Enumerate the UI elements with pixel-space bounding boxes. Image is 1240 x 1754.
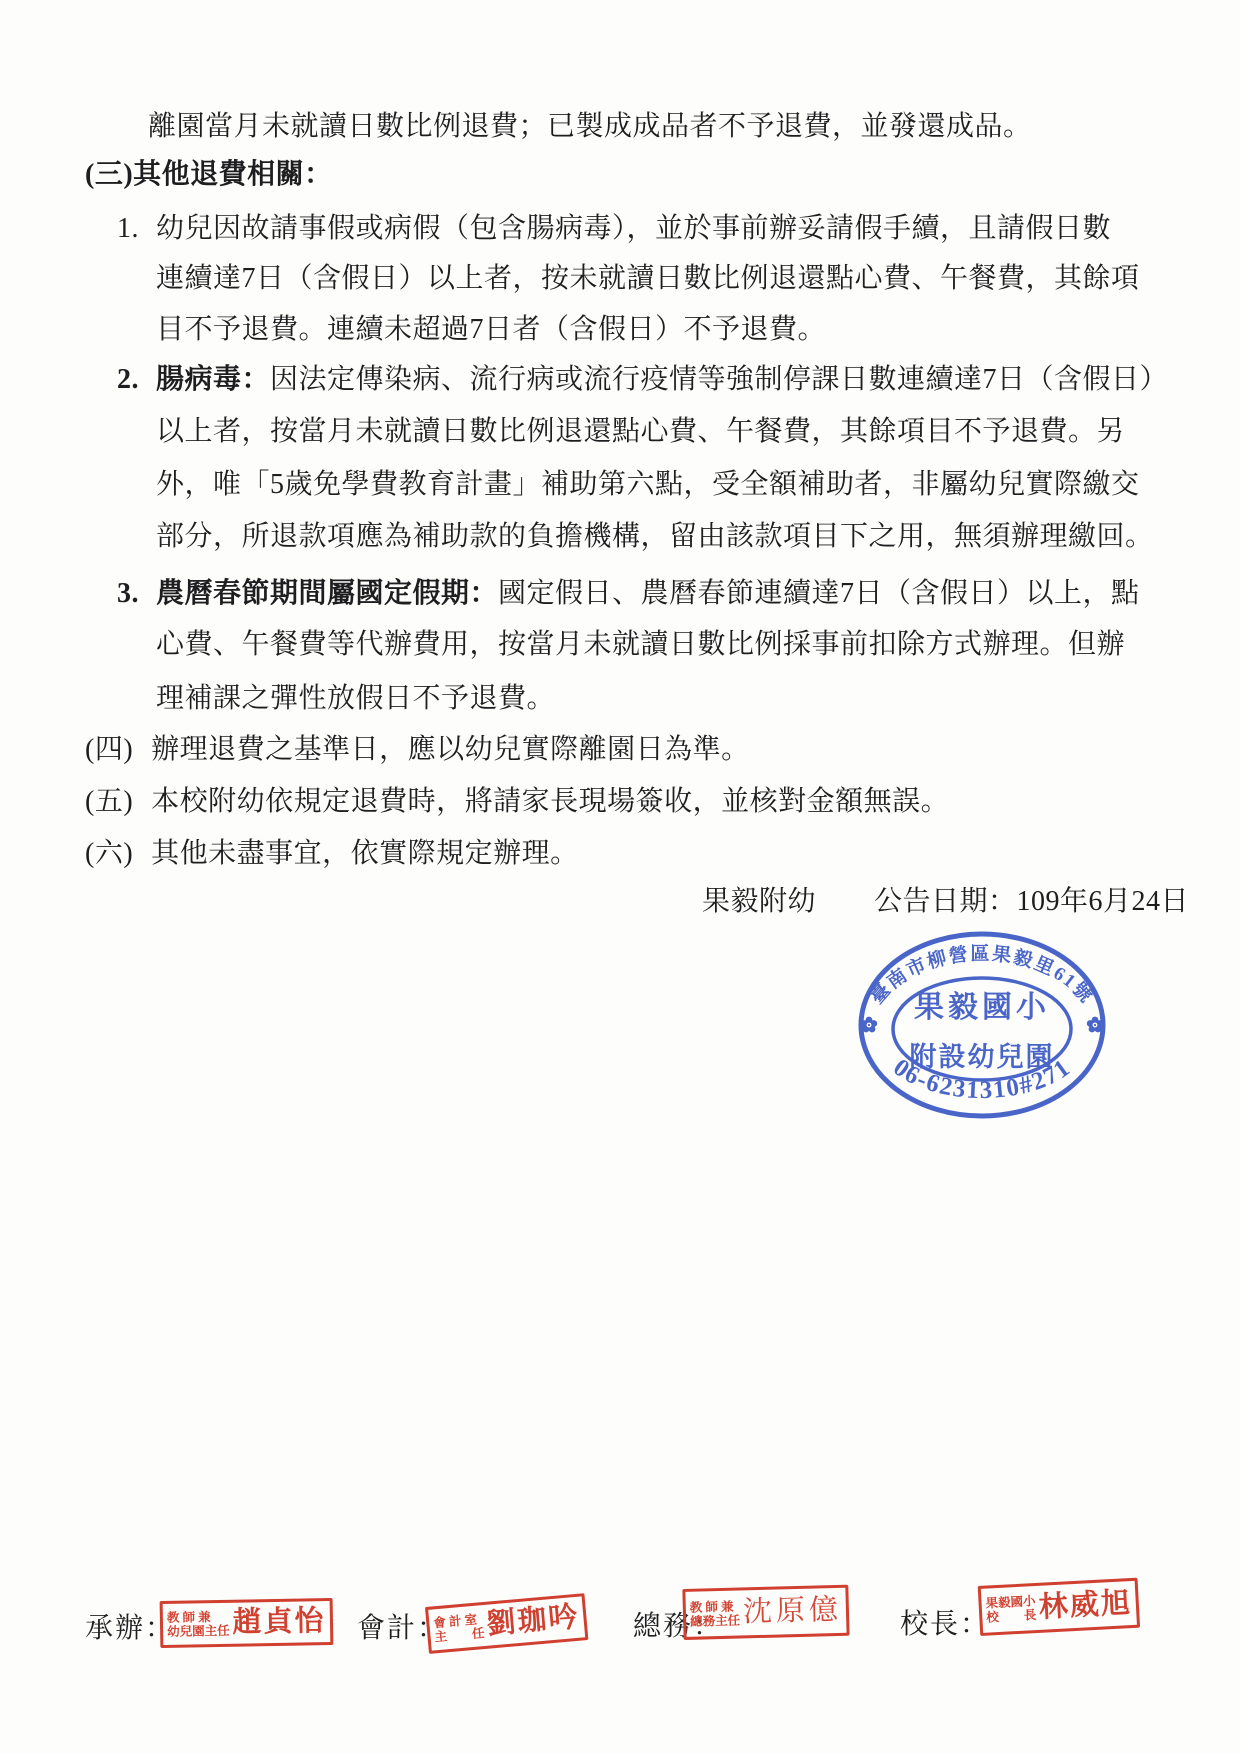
scanned-document-page: 離園當月未就讀日數比例退費；已製成成品者不予退費，並發還成品。 (三)其他退費相… [0,0,1240,1754]
item-1-line-1: 幼兒因故請事假或病假（包含腸病毒），並於事前辦妥請假手續，且請假日數 [156,212,1111,246]
stamp-undertaker-name: 趙貞怡 [232,1607,326,1638]
signoff-line: 果毅附幼公告日期：109年6月24日 [702,885,1189,919]
clause-6-number: (六) [85,837,133,871]
section-heading: (三)其他退費相關： [85,158,333,192]
clause-5: (五)本校附幼依規定退費時，將請家長現場簽收，並核對金額無誤。 [85,785,949,819]
stamp-general-affairs: 教 師 兼 總務主任 沈原億 [682,1585,849,1640]
stamp-principal-title: 果毅國小 校 長 [985,1594,1036,1625]
sig-label-principal: 校長： [900,1602,990,1642]
item-1-number: 1. [117,212,157,246]
item-2-number: 2. [117,363,157,397]
item-3-line-1: 農曆春節期間屬國定假期：國定假日、農曆春節連續達7日（含假日）以上，點 [156,577,1140,611]
stamp-undertaker: 教 師 兼 幼兒園主任 趙貞怡 [160,1598,333,1648]
clause-4: (四)辦理退費之基準日，應以幼兒實際離園日為準。 [85,733,750,767]
item-2-bold-lead: 腸病毒： [156,364,270,395]
item-1-line-3: 目不予退費。連續未超過7日者（含假日）不予退費。 [156,313,826,347]
seal-center-line-2: 附設幼兒園 [910,1041,1055,1072]
item-3-bold-lead: 農曆春節期間屬國定假期： [156,578,498,609]
signoff-date: 公告日期：109年6月24日 [874,886,1189,917]
clause-5-number: (五) [85,785,133,819]
stamp-accountant-name: 劉珈吟 [486,1603,581,1640]
item-3-line-2: 心費、午餐費等代辦費用，按當月未就讀日數比例採事前扣除方式辦理。但辦 [156,628,1125,662]
school-seal-stamp: 臺南市柳營區果毅里61號 果毅國小 附設幼兒園 06-6231310#271 [855,928,1109,1124]
signoff-org: 果毅附幼 [702,886,816,917]
stamp-general-affairs-name: 沈原億 [743,1596,843,1628]
item-1-line-2: 連續達7日（含假日）以上者，按未就讀日數比例退還點心費、午餐費，其餘項 [156,262,1140,296]
stamp-principal: 果毅國小 校 長 林威旭 [978,1578,1140,1636]
item-3-number: 3. [117,577,157,611]
stamp-principal-name: 林威旭 [1038,1589,1132,1623]
stamp-general-affairs-title: 教 師 兼 總務主任 [690,1599,741,1628]
item-2-line-1: 腸病毒：因法定傳染病、流行病或流行疫情等強制停課日數連續達7日（含假日） [156,363,1168,397]
clause-6: (六)其他未盡事宜，依實際規定辦理。 [85,837,579,871]
clause-4-number: (四) [85,733,133,767]
item-2-line-2: 以上者，按當月未就讀日數比例退還點心費、午餐費，其餘項目不予退費。另 [156,415,1125,449]
intro-line: 離園當月未就讀日數比例退費；已製成成品者不予退費，並發還成品。 [148,110,1032,144]
stamp-accountant-title: 會 計 室 主 任 [433,1612,485,1644]
stamp-undertaker-title: 教 師 兼 幼兒園主任 [167,1609,230,1638]
stamp-accountant: 會 計 室 主 任 劉珈吟 [425,1593,589,1654]
seal-center-line-1: 果毅國小 [914,991,1050,1024]
item-3-line-3: 理補課之彈性放假日不予退費。 [156,682,555,716]
item-2-line-4: 部分，所退款項應為補助款的負擔機構，留由該款項目下之用，無須辦理繳回。 [156,520,1154,554]
item-2-line-3: 外，唯「5歲免學費教育計畫」補助第六點，受全額補助者，非屬幼兒實際繳交 [156,468,1140,502]
